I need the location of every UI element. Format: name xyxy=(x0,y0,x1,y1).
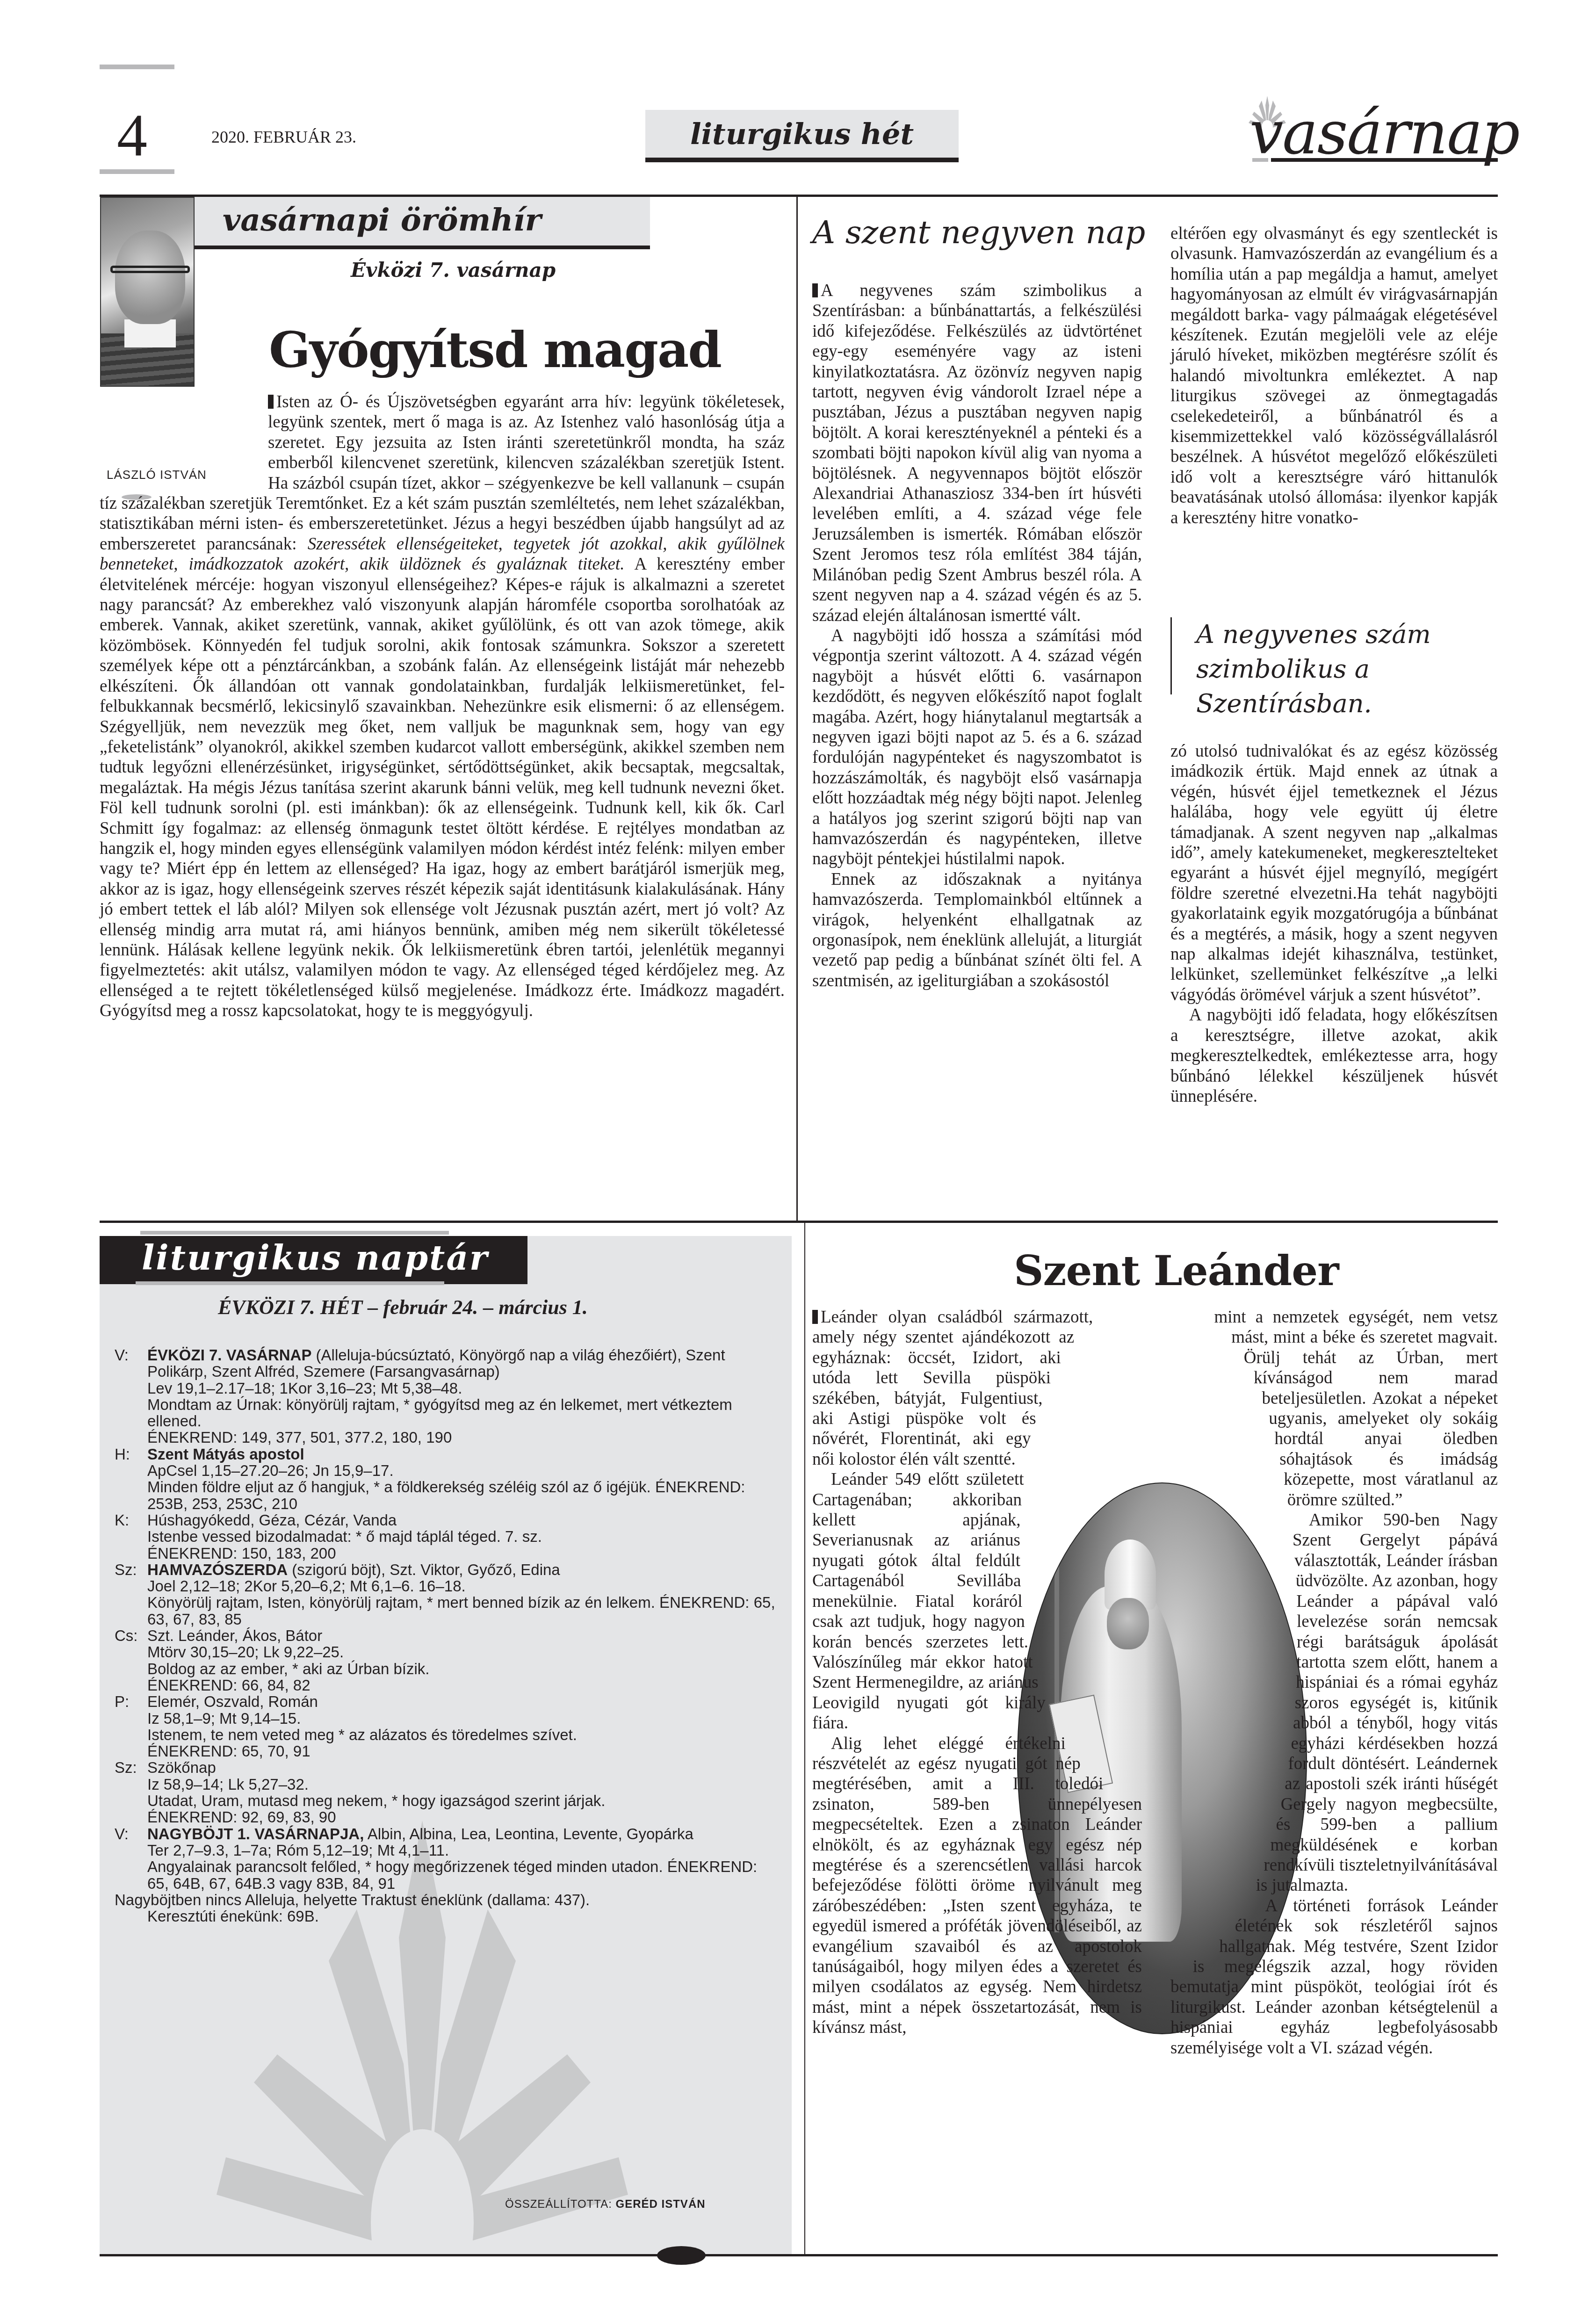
lead-marker xyxy=(812,283,818,297)
gospel-article-body: Isten az Ó- és Újszövetségben egyaránt a… xyxy=(100,392,785,1021)
masthead-rule xyxy=(1271,158,1498,162)
psalm: Minden földre eljut az ő hangjuk, * a fö… xyxy=(147,1479,779,1512)
feast-name: Szent Mátyás apostol xyxy=(147,1445,304,1463)
article-headline: Gyógyítsd magad xyxy=(269,326,721,375)
masthead-gray-bar xyxy=(1252,158,1268,162)
readings: ApCsel 1,15–27.20–26; Jn 15,9–17. xyxy=(147,1462,779,1479)
calendar-tab-accent-bottom xyxy=(136,1281,444,1285)
page-number: 4 xyxy=(117,105,147,166)
day-abbrev: H: xyxy=(115,1446,147,1512)
lent-article-col2-top: eltérően egy olvasmányt és egy szentleck… xyxy=(1170,224,1498,528)
hymn-order: ÉNEKREND: 66, 84, 82 xyxy=(147,1677,779,1693)
feast-name: HAMVAZÓSZERDA xyxy=(147,1561,288,1578)
psalm: Boldog az az ember, * aki az Úrban bízik… xyxy=(147,1661,779,1677)
body-text: Leánder olyan családból származott, amel… xyxy=(812,1308,1093,1469)
hymn-order: ÉNEKREND: 65, 70, 91 xyxy=(147,1743,779,1759)
day-names: Szökőnap xyxy=(147,1759,216,1776)
page-number-bottom-bar xyxy=(100,169,174,174)
day-abbrev: V: xyxy=(115,1347,147,1446)
readings: Ter 2,7–9.3, 1–7a; Róm 5,12–19; Mt 4,1–1… xyxy=(147,1842,779,1858)
hymn-order: ÉNEKREND: 92, 69, 83, 90 xyxy=(147,1809,779,1825)
section-label: liturgikus hét xyxy=(690,117,914,151)
psalm: Utadat, Uram, mutasd meg nekem, * hogy i… xyxy=(147,1792,779,1809)
calendar-day: Cs: Szt. Leánder, Ákos, Bátor Mtörv 30,1… xyxy=(115,1627,779,1693)
day-names: Szt. Leánder, Ákos, Bátor xyxy=(147,1627,322,1644)
masthead-title: vasárnap xyxy=(1249,103,1519,163)
calendar-tab-accent xyxy=(140,1231,449,1235)
calendar-day: V: NAGYBÖJT 1. VASÁRNAPJA, Albin, Albina… xyxy=(115,1826,779,1892)
hymn-order: ÉNEKREND: 149, 377, 501, 377.2, 180, 190 xyxy=(147,1429,779,1445)
readings: Iz 58,1–9; Mt 9,14–15. xyxy=(147,1710,779,1727)
psalm: Istenem, te nem veted meg * az alázatos … xyxy=(147,1727,779,1743)
calendar-week-title: ÉVKÖZI 7. HÉT – február 24. – március 1. xyxy=(218,1295,588,1319)
author-photo xyxy=(100,197,195,387)
psalm: Mondtam az Úrnak: könyörülj rajtam, * gy… xyxy=(147,1396,779,1430)
calendar-day: P: Elemér, Oszvald, Román Iz 58,1–9; Mt … xyxy=(115,1693,779,1759)
column-kicker: vasárnapi örömhír xyxy=(223,202,541,238)
body-text: A keresztény ember életvitelének mércéje… xyxy=(100,555,785,1020)
calendar-title: liturgikus naptár xyxy=(142,1238,489,1278)
page-number-top-bar xyxy=(100,65,174,69)
readings: Lev 19,1–2.17–18; 1Kor 3,16–23; Mt 5,38–… xyxy=(147,1380,779,1396)
leander-title: Szent Leánder xyxy=(1014,1246,1339,1295)
section-label-box: liturgikus hét xyxy=(645,110,959,162)
calendar-day: V: ÉVKÖZI 7. VASÁRNAP (Alleluja-búcsúzta… xyxy=(115,1347,779,1446)
body-text: zó utolsó tudnivalókat és az egész közös… xyxy=(1170,741,1498,1005)
lent-article-col1: A negyvenes szám szimbolikus a Szentírás… xyxy=(812,281,1142,991)
day-names: (szigorú böjt), Szt. Viktor, Győző, Edin… xyxy=(288,1561,560,1578)
section-rule xyxy=(100,1221,1498,1223)
leander-col2: mint a nemzetek egységét, nem vetsz mást… xyxy=(1170,1307,1498,2058)
readings: Joel 2,12–18; 2Kor 5,20–6,2; Mt 6,1–6. 1… xyxy=(147,1578,779,1594)
readings: Mtörv 30,15–20; Lk 9,22–25. xyxy=(147,1644,779,1660)
day-names: Albin, Albina, Lea, Leontina, Levente, G… xyxy=(364,1825,693,1843)
readings: Iz 58,9–14; Lk 5,27–32. xyxy=(147,1776,779,1792)
body-text: mint a nemzetek egységét, nem vetsz mást… xyxy=(1170,1307,1498,1510)
calendar-list: V: ÉVKÖZI 7. VASÁRNAP (Alleluja-búcsúzta… xyxy=(115,1347,779,1924)
column-kicker-box: vasárnapi örömhír xyxy=(195,197,650,249)
day-abbrev: Sz: xyxy=(115,1759,147,1825)
issue-date: 2020. FEBRUÁR 23. xyxy=(211,127,356,147)
bottom-rule xyxy=(100,2254,1498,2256)
calendar-day: Sz: Szökőnap Iz 58,9–14; Lk 5,27–32. Uta… xyxy=(115,1759,779,1825)
column-divider xyxy=(796,197,798,1222)
column-divider-bottom xyxy=(804,1223,805,2254)
lead-marker xyxy=(812,1310,818,1324)
calendar-footnote: Nagyböjtben nincs Alleluja, helyette Tra… xyxy=(115,1892,779,1908)
credit-name: GERÉD ISTVÁN xyxy=(616,2198,706,2211)
body-text: A nagyböjti idő feladata, hogy előkészít… xyxy=(1170,1005,1498,1106)
psalm: Istenbe vessed bizodalmadat: * ő majd tá… xyxy=(147,1528,779,1545)
body-text: Alig lehet eléggé értékelni részvételét … xyxy=(812,1734,1142,2038)
calendar-day: H: Szent Mátyás apostol ApCsel 1,15–27.2… xyxy=(115,1446,779,1512)
day-abbrev: Cs: xyxy=(115,1627,147,1693)
pull-quote: A negyvenes szám szimbolikus a Szentírás… xyxy=(1170,617,1498,694)
psalm: Könyörülj rajtam, Isten, könyörülj rajta… xyxy=(147,1594,779,1627)
calendar-tab: liturgikus naptár xyxy=(100,1236,527,1284)
day-abbrev: Sz: xyxy=(115,1561,147,1627)
bottom-ornament xyxy=(657,2246,706,2265)
masthead-logo: vasárnap xyxy=(1249,96,1501,166)
glasses-icon xyxy=(110,266,190,273)
body-text: A nagyböjti idő hossza a számítási mód v… xyxy=(812,626,1142,869)
feast-name: NAGYBÖJT 1. VASÁRNAPJA, xyxy=(147,1825,364,1843)
lent-article-title: A szent negyven nap xyxy=(812,214,1145,251)
day-abbrev: V: xyxy=(115,1826,147,1892)
body-text: eltérően egy olvasmányt és egy szentleck… xyxy=(1170,224,1498,528)
lent-article-col2-bottom: zó utolsó tudnivalókat és az egész közös… xyxy=(1170,741,1498,1106)
psalm: Angyalainak parancsolt felőled, * hogy m… xyxy=(147,1858,779,1892)
credit-label: ÖSSZEÁLLÍTOTTA: xyxy=(505,2198,612,2211)
feast-name: ÉVKÖZI 7. VASÁRNAP xyxy=(147,1346,311,1364)
liturgical-day: Évközi 7. vasárnap xyxy=(351,259,556,282)
day-names: Húshagyókedd, Géza, Cézár, Vanda xyxy=(147,1511,397,1529)
day-abbrev: K: xyxy=(115,1512,147,1561)
calendar-credit: ÖSSZEÁLLÍTOTTA: GERÉD ISTVÁN xyxy=(505,2198,706,2211)
calendar-day: K: Húshagyókedd, Géza, Cézár, Vanda Iste… xyxy=(115,1512,779,1561)
calendar-day: Sz: HAMVAZÓSZERDA (szigorú böjt), Szt. V… xyxy=(115,1561,779,1627)
calendar-footnote-stations: Keresztúti énekünk: 69B. xyxy=(115,1908,779,1924)
day-names: Elemér, Oszvald, Román xyxy=(147,1693,318,1710)
body-text: Ennek az időszaknak a nyitánya hamvazósz… xyxy=(812,869,1142,991)
leander-col1: Leánder olyan családból származott, amel… xyxy=(812,1307,1142,2038)
body-text: A negyvenes szám szimbolikus a Szentírás… xyxy=(812,281,1142,625)
day-abbrev: P: xyxy=(115,1693,147,1759)
hymn-order: ÉNEKREND: 150, 183, 200 xyxy=(147,1545,779,1561)
lead-marker xyxy=(268,395,274,409)
